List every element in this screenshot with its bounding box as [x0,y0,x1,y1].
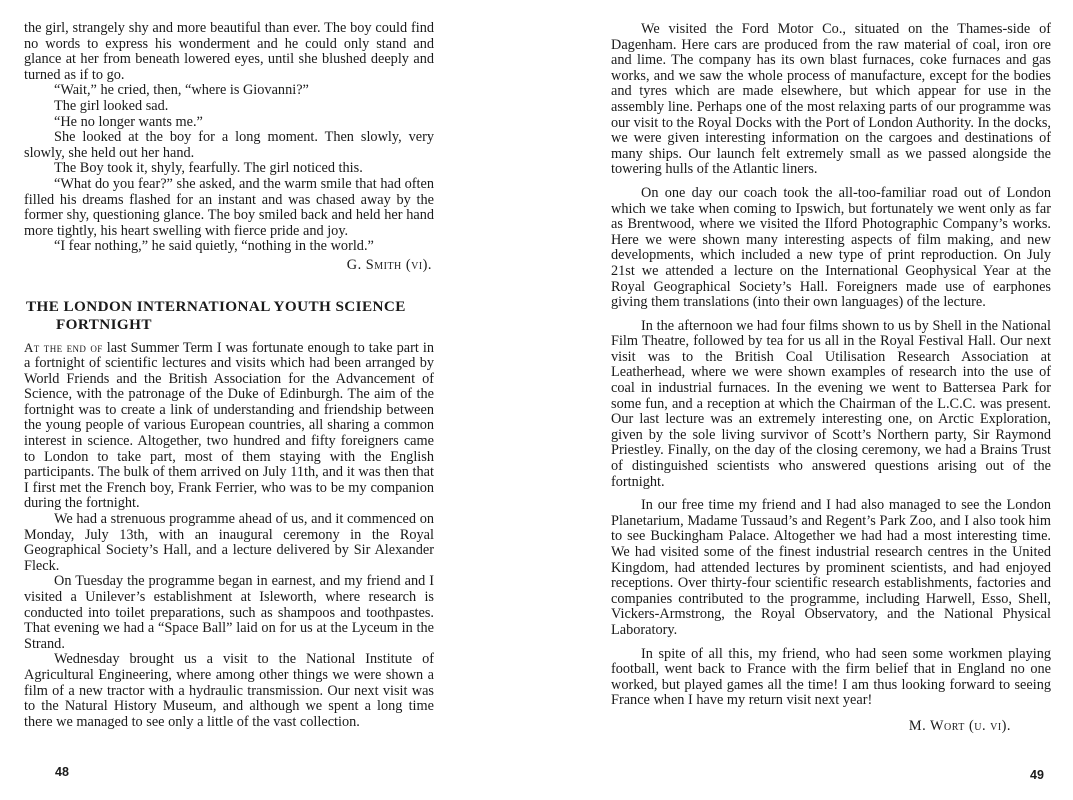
article-signature-text: M. Wort (u. vi). [909,718,1011,734]
page-number-left: 48 [55,765,69,779]
article-paragraph: In our free time my friend and I had als… [611,498,1051,638]
article-continuation: We visited the Ford Motor Co., situated … [611,0,1051,735]
article-paragraph: Wednesday brought us a visit to the Nati… [24,652,434,730]
article-paragraph: We visited the Ford Motor Co., situated … [611,22,1051,178]
story-signature: G. Smith (vi). [24,258,434,274]
story-paragraph: She looked at the boy for a long moment.… [24,130,434,161]
story-paragraph: the girl, strangely shy and more beautif… [24,21,434,83]
article-title-line2: FORTNIGHT [26,316,434,334]
story-paragraph: “Wait,” he cried, then, “where is Giovan… [24,83,434,99]
article-paragraph-text: last Summer Term I was fortunate enough … [24,340,434,512]
page-number-right: 49 [1030,768,1044,782]
story-paragraph: “What do you fear?” she asked, and the w… [24,177,434,239]
story-signature-text: G. Smith (vi). [347,257,432,273]
article-paragraph: On one day our coach took the all-too-fa… [611,186,1051,311]
article-title: THE LONDON INTERNATIONAL YOUTH SCIENCE F… [26,298,434,334]
left-page: the girl, strangely shy and more beautif… [24,0,434,800]
article-title-line1: THE LONDON INTERNATIONAL YOUTH SCIENCE [26,298,406,315]
story-continuation: the girl, strangely shy and more beautif… [24,0,434,730]
story-paragraph: “I fear nothing,” he said quietly, “noth… [24,239,434,255]
article-signature: M. Wort (u. vi). [611,719,1051,735]
article-paragraph: At the end of last Summer Term I was for… [24,340,434,513]
story-paragraph: The girl looked sad. [24,99,434,115]
article-paragraph: In spite of all this, my friend, who had… [611,647,1051,709]
right-page: We visited the Ford Motor Co., situated … [611,0,1051,800]
article-paragraph: On Tuesday the programme began in earnes… [24,574,434,652]
article-paragraph: In the afternoon we had four films shown… [611,319,1051,491]
story-paragraph: The Boy took it, shyly, fearfully. The g… [24,161,434,177]
article-paragraph: We had a strenuous programme ahead of us… [24,512,434,574]
story-paragraph: “He no longer wants me.” [24,115,434,131]
article-lead-smallcaps: At the end of [24,340,103,355]
